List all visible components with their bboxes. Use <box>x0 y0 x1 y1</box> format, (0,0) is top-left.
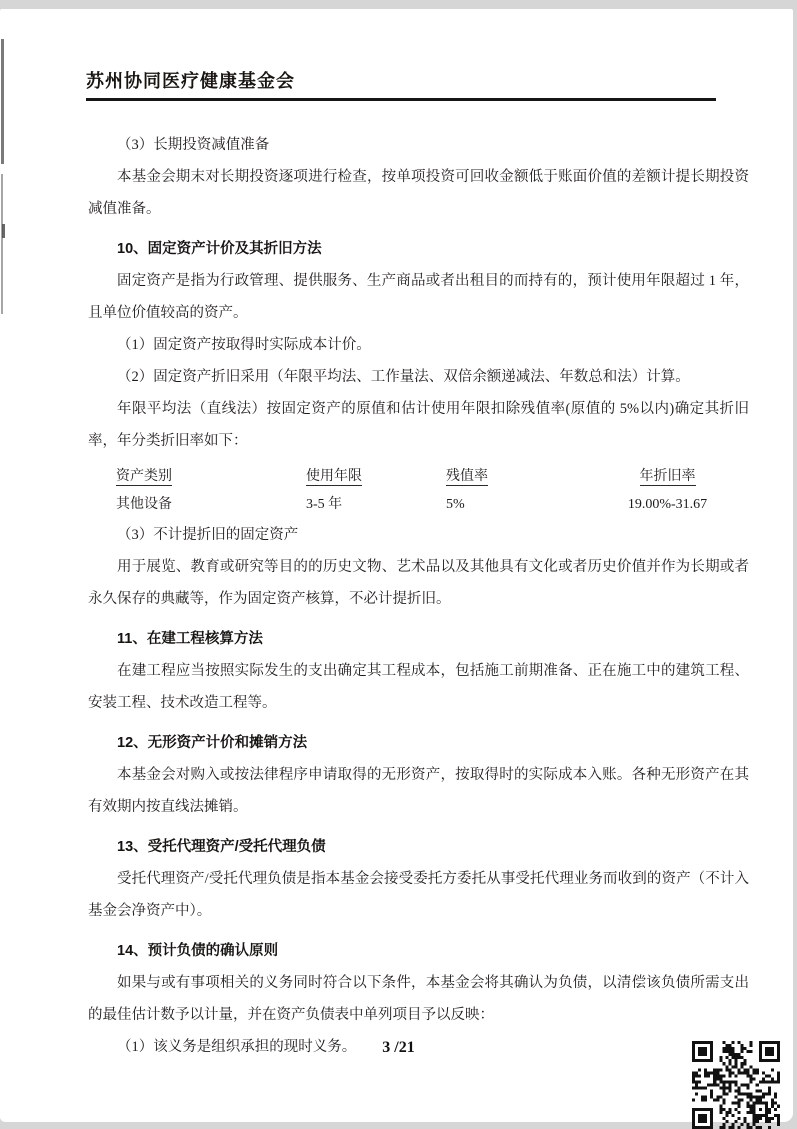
table-cell-residual-rate: 5% <box>446 491 586 519</box>
heading-12-intangible-assets: 12、无形资产计价和摊销方法 <box>88 727 749 759</box>
para-fixed-assets-definition: 固定资产是指为行政管理、提供服务、生产商品或者出租目的而持有的，预计使用年限超过… <box>88 265 749 329</box>
letterhead: 苏州协同医疗健康基金会 <box>86 67 716 101</box>
heading-11-construction-in-progress: 11、在建工程核算方法 <box>88 623 749 655</box>
item-depreciation-methods: （2）固定资产折旧采用（年限平均法、工作量法、双倍余额递减法、年数总和法）计算。 <box>88 361 749 393</box>
table-header-residual-rate: 残值率 <box>446 463 586 491</box>
verification-qr-code <box>692 1041 780 1129</box>
item-fixed-assets-cost: （1）固定资产按取得时实际成本计价。 <box>88 329 749 361</box>
document-body: （3）长期投资减值准备 本基金会期末对长期投资逐项进行检查，按单项投资可回收金额… <box>0 129 797 1063</box>
document-page: 苏州协同医疗健康基金会 （3）长期投资减值准备 本基金会期末对长期投资逐项进行检… <box>0 9 793 1122</box>
scanned-document-page: { "header": { "org_title": "苏州协同医疗健康基金会"… <box>0 0 797 1129</box>
page-number: 3 /21 <box>0 1039 797 1057</box>
table-cell-useful-life: 3-5 年 <box>306 491 446 519</box>
heading-10-fixed-assets: 10、固定资产计价及其折旧方法 <box>88 233 749 265</box>
para-intangible-amortization: 本基金会对购入或按法律程序申请取得的无形资产，按取得时的实际成本入账。各种无形资… <box>88 759 749 823</box>
para-fiduciary-definition: 受托代理资产/受托代理负债是指本基金会接受委托方委托从事受托代理业务而收到的资产… <box>88 863 749 927</box>
para-liability-recognition: 如果与或有事项相关的义务同时符合以下条件，本基金会将其确认为负债，以清偿该负债所… <box>88 967 749 1031</box>
item-non-depreciated-assets: （3）不计提折旧的固定资产 <box>88 519 749 551</box>
table-header-useful-life: 使用年限 <box>306 463 446 491</box>
heading-13-fiduciary-assets: 13、受托代理资产/受托代理负债 <box>88 831 749 863</box>
table-cell-asset-class: 其他设备 <box>116 491 306 519</box>
depreciation-rate-table: 资产类别 使用年限 残值率 年折旧率 其他设备 3-5 年 5% 19.00%-… <box>116 463 749 519</box>
table-header-annual-depreciation-rate: 年折旧率 <box>586 463 749 491</box>
item-long-term-investment-impairment: （3）长期投资减值准备 <box>88 129 749 161</box>
table-cell-annual-depreciation-rate: 19.00%-31.67 <box>586 491 749 519</box>
heading-14-estimated-liabilities: 14、预计负债的确认原则 <box>88 935 749 967</box>
org-title: 苏州协同医疗健康基金会 <box>86 71 295 91</box>
para-straight-line-method: 年限平均法（直线法）按固定资产的原值和估计使用年限扣除残值率(原值的 5%以内)… <box>88 393 749 457</box>
qr-code-image <box>692 1041 780 1129</box>
para-construction-cost: 在建工程应当按照实际发生的支出确定其工程成本，包括施工前期准备、正在施工中的建筑… <box>88 655 749 719</box>
para-impairment-policy: 本基金会期末对长期投资逐项进行检查，按单项投资可回收金额低于账面价值的差额计提长… <box>88 161 749 225</box>
table-header-asset-class: 资产类别 <box>116 463 306 491</box>
para-heritage-collections: 用于展览、教育或研究等目的的历史文物、艺术品以及其他具有文化或者历史价值并作为长… <box>88 551 749 615</box>
